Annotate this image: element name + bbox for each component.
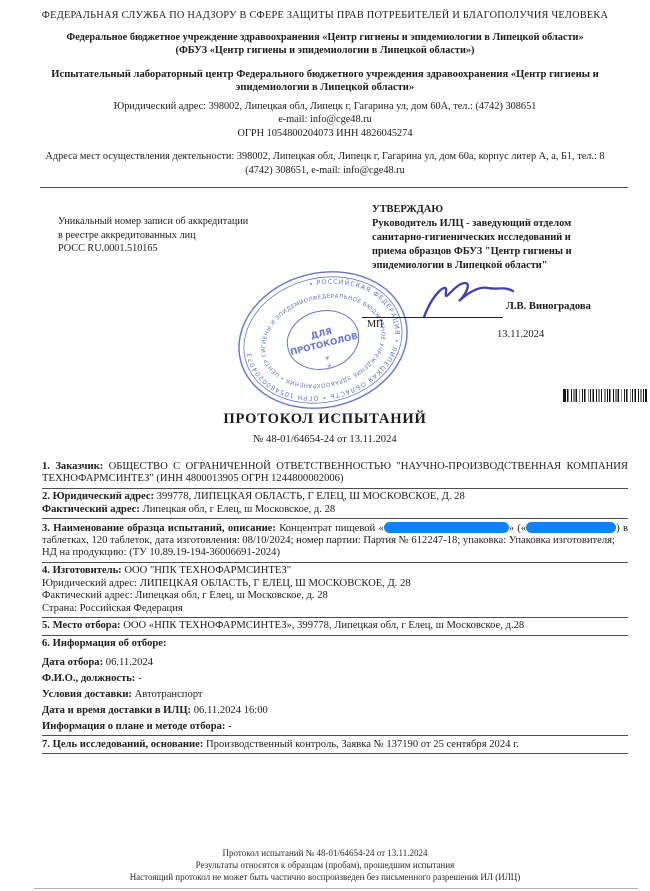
section-6-delivery-datetime: Дата и время доставки в ИЛЦ: 06.11.2024 … bbox=[42, 705, 628, 717]
section-divider bbox=[42, 518, 628, 519]
section-4-country-label: Страна: bbox=[42, 603, 77, 614]
laboratory-center-name: Испытательный лабораторный центр Федерал… bbox=[40, 68, 610, 95]
delivery-value: Автотранспорт bbox=[135, 689, 203, 700]
section-6-delivery-conditions: Условия доставки: Автотранспорт bbox=[42, 689, 628, 701]
stamp-star-2: ✳ bbox=[326, 362, 334, 371]
section-divider bbox=[42, 635, 628, 636]
fio-label: Ф.И.О., должность: bbox=[42, 673, 135, 684]
protocol-document-page: ФЕДЕРАЛЬНАЯ СЛУЖБА ПО НАДЗОРУ В СФЕРЕ ЗА… bbox=[0, 0, 650, 891]
section-7-value: Производственный контроль, Заявка № 1371… bbox=[206, 739, 519, 750]
section-divider bbox=[42, 753, 628, 754]
section-4-legal-value: ЛИПЕЦКАЯ ОБЛАСТЬ, Г ЕЛЕЦ, Ш МОСКОВСКОЕ, … bbox=[140, 578, 411, 589]
accreditation-number: РОСС RU.0001.510165 bbox=[58, 242, 298, 256]
delivery-datetime-value: 06.11.2024 16:00 bbox=[194, 705, 268, 716]
legal-address-line: Юридический адрес: 398002, Липецкая обл,… bbox=[40, 100, 610, 114]
section-1-label: 1. Заказчик: bbox=[42, 461, 103, 472]
section-4-value: ООО "НПК ТЕХНОФАРМСИНТЕЗ" bbox=[124, 565, 291, 576]
section-divider bbox=[42, 617, 628, 618]
round-stamp: • РОССИЙСКАЯ ФЕДЕРАЦИЯ • ЛИПЕЦКАЯ ОБЛАСТ… bbox=[218, 249, 427, 430]
redacted-product-name-2 bbox=[526, 522, 616, 533]
section-1-customer: 1. Заказчик: ОБЩЕСТВО С ОГРАНИЧЕННОЙ ОТВ… bbox=[42, 461, 628, 486]
organization-abbrev: (ФБУЗ «Центр гигиены и эпидемиологии в Л… bbox=[40, 44, 610, 58]
section-3-label: 3. Наименование образца испытаний, описа… bbox=[42, 523, 276, 534]
signer-name: Л.В. Виноградова bbox=[506, 301, 591, 312]
section-4-fact-label: Фактический адрес: bbox=[42, 590, 133, 601]
section-6-sampling-date: Дата отбора: 06.11.2024 bbox=[42, 657, 628, 669]
section-4-manufacturer: 4. Изготовитель: ООО "НПК ТЕХНОФАРМСИНТЕ… bbox=[42, 565, 628, 577]
approval-line-4: эпидемиологии в Липецкой области" bbox=[372, 259, 640, 273]
approval-title: УТВЕРЖДАЮ bbox=[372, 203, 640, 217]
section-1-value: ОБЩЕСТВО С ОГРАНИЧЕННОЙ ОТВЕТСТВЕННОСТЬЮ… bbox=[42, 461, 628, 484]
nd-label: НД на продукцию: bbox=[42, 547, 127, 558]
section-3-sample-description: 3. Наименование образца испытаний, описа… bbox=[42, 522, 628, 548]
nd-value: (ТУ 10.89.19-194-36006691-2024) bbox=[129, 547, 280, 558]
accreditation-line-1: Уникальный номер записи об аккредитации bbox=[58, 215, 298, 229]
approval-line-1: Руководитель ИЛЦ - заведующий отделом bbox=[372, 217, 640, 231]
document-number: № 48-01/64654-24 от 13.11.2024 bbox=[0, 434, 650, 445]
section-4-label: 4. Изготовитель: bbox=[42, 565, 122, 576]
sampling-plan-value: - bbox=[228, 721, 232, 732]
section-4-country-value: Российская Федерация bbox=[80, 603, 183, 614]
approval-block: УТВЕРЖДАЮ Руководитель ИЛЦ - заведующий … bbox=[372, 203, 640, 273]
protocol-sections: 1. Заказчик: ОБЩЕСТВО С ОГРАНИЧЕННОЙ ОТВ… bbox=[42, 461, 628, 757]
scan-bottom-edge bbox=[34, 888, 638, 889]
approval-line-2: санитарно-гигиенических исследований и bbox=[372, 231, 640, 245]
activity-addresses-line: Адреса мест осуществления деятельности: … bbox=[40, 150, 610, 177]
organization-name: Федеральное бюджетное учреждение здравоо… bbox=[40, 31, 610, 45]
signature-line bbox=[362, 317, 503, 318]
section-2b-label: Фактический адрес: bbox=[42, 504, 140, 515]
section-4-actual-address: Фактический адрес: Липецкая обл, г Елец,… bbox=[42, 590, 628, 602]
approval-date: 13.11.2024 bbox=[497, 329, 544, 340]
section-6-sampling-plan: Информация о плане и методе отбора: - bbox=[42, 721, 628, 733]
federal-service-line: ФЕДЕРАЛЬНАЯ СЛУЖБА ПО НАДЗОРУ В СФЕРЕ ЗА… bbox=[40, 9, 610, 23]
section-3-text-mid: » (« bbox=[509, 523, 526, 534]
document-header: ФЕДЕРАЛЬНАЯ СЛУЖБА ПО НАДЗОРУ В СФЕРЕ ЗА… bbox=[0, 0, 650, 177]
sampling-plan-label: Информация о плане и методе отбора: bbox=[42, 721, 225, 732]
section-divider bbox=[42, 562, 628, 563]
footer-results-note: Результаты относятся к образцам (пробам)… bbox=[0, 859, 650, 871]
section-3-text-pre: Концентрат пищевой « bbox=[279, 523, 384, 534]
section-2-value: 399778, ЛИПЕЦКАЯ ОБЛАСТЬ, Г ЕЛЕЦ, Ш МОСК… bbox=[157, 491, 465, 502]
footer-protocol-ref: Протокол испытаний № 48-01/64654-24 от 1… bbox=[0, 847, 650, 859]
delivery-datetime-label: Дата и время доставки в ИЛЦ: bbox=[42, 705, 191, 716]
section-4-legal-label: Юридический адрес: bbox=[42, 578, 137, 589]
section-5-sampling-place: 5. Место отбора: ООО «НПК ТЕХНОФАРМСИНТЕ… bbox=[42, 620, 628, 632]
accreditation-line-2: в реестре аккредитованных лиц bbox=[58, 229, 298, 243]
section-2-label: 2. Юридический адрес: bbox=[42, 491, 154, 502]
mp-seal-label: МП bbox=[367, 319, 383, 330]
page-footer: Протокол испытаний № 48-01/64654-24 от 1… bbox=[0, 847, 650, 883]
sampling-date-label: Дата отбора: bbox=[42, 657, 103, 668]
section-4-fact-value: Липецкая обл, г Елец, ш Московское, д. 2… bbox=[135, 590, 328, 601]
section-5-value: ООО «НПК ТЕХНОФАРМСИНТЕЗ», 399778, Липец… bbox=[123, 620, 524, 631]
organization-block: Федеральное бюджетное учреждение здравоо… bbox=[40, 31, 610, 58]
approval-line-3: приема образцов ФБУЗ "Центр гигиены и bbox=[372, 245, 640, 259]
section-divider bbox=[42, 488, 628, 489]
sampling-date-value: 06.11.2024 bbox=[106, 657, 153, 668]
section-2b-value: Липецкая обл, г Елец, ш Московское, д. 2… bbox=[143, 504, 336, 515]
accreditation-block: Уникальный номер записи об аккредитации … bbox=[58, 215, 298, 256]
section-4-country: Страна: Российская Федерация bbox=[42, 603, 628, 615]
section-7-purpose: 7. Цель исследований, основание: Произво… bbox=[42, 739, 628, 751]
email-line: e-mail: info@cge48.ru bbox=[40, 113, 610, 127]
footer-reproduction-note: Настоящий протокол не может быть частичн… bbox=[0, 871, 650, 883]
delivery-label: Условия доставки: bbox=[42, 689, 132, 700]
header-divider bbox=[40, 187, 628, 188]
section-4-legal-address: Юридический адрес: ЛИПЕЦКАЯ ОБЛАСТЬ, Г Е… bbox=[42, 578, 628, 590]
redacted-product-name-1 bbox=[384, 522, 509, 533]
section-6-fio: Ф.И.О., должность: - bbox=[42, 673, 628, 685]
document-title: ПРОТОКОЛ ИСПЫТАНИЙ bbox=[0, 411, 650, 428]
section-5-label: 5. Место отбора: bbox=[42, 620, 121, 631]
signature-stroke bbox=[424, 283, 513, 317]
ogrn-inn-line: ОГРН 1054800204073 ИНН 4826045274 bbox=[40, 127, 610, 141]
section-6-heading: 6. Информация об отборе: bbox=[42, 638, 628, 650]
fio-value: - bbox=[138, 673, 142, 684]
section-2-actual-address: Фактический адрес: Липецкая обл, г Елец,… bbox=[42, 504, 628, 516]
section-2-legal-address: 2. Юридический адрес: 399778, ЛИПЕЦКАЯ О… bbox=[42, 491, 628, 503]
section-3-nd: НД на продукцию: (ТУ 10.89.19-194-360066… bbox=[42, 547, 628, 559]
section-divider bbox=[42, 735, 628, 736]
section-7-label: 7. Цель исследований, основание: bbox=[42, 739, 203, 750]
section-6-label: 6. Информация об отборе: bbox=[42, 638, 167, 649]
barcode bbox=[563, 389, 647, 402]
